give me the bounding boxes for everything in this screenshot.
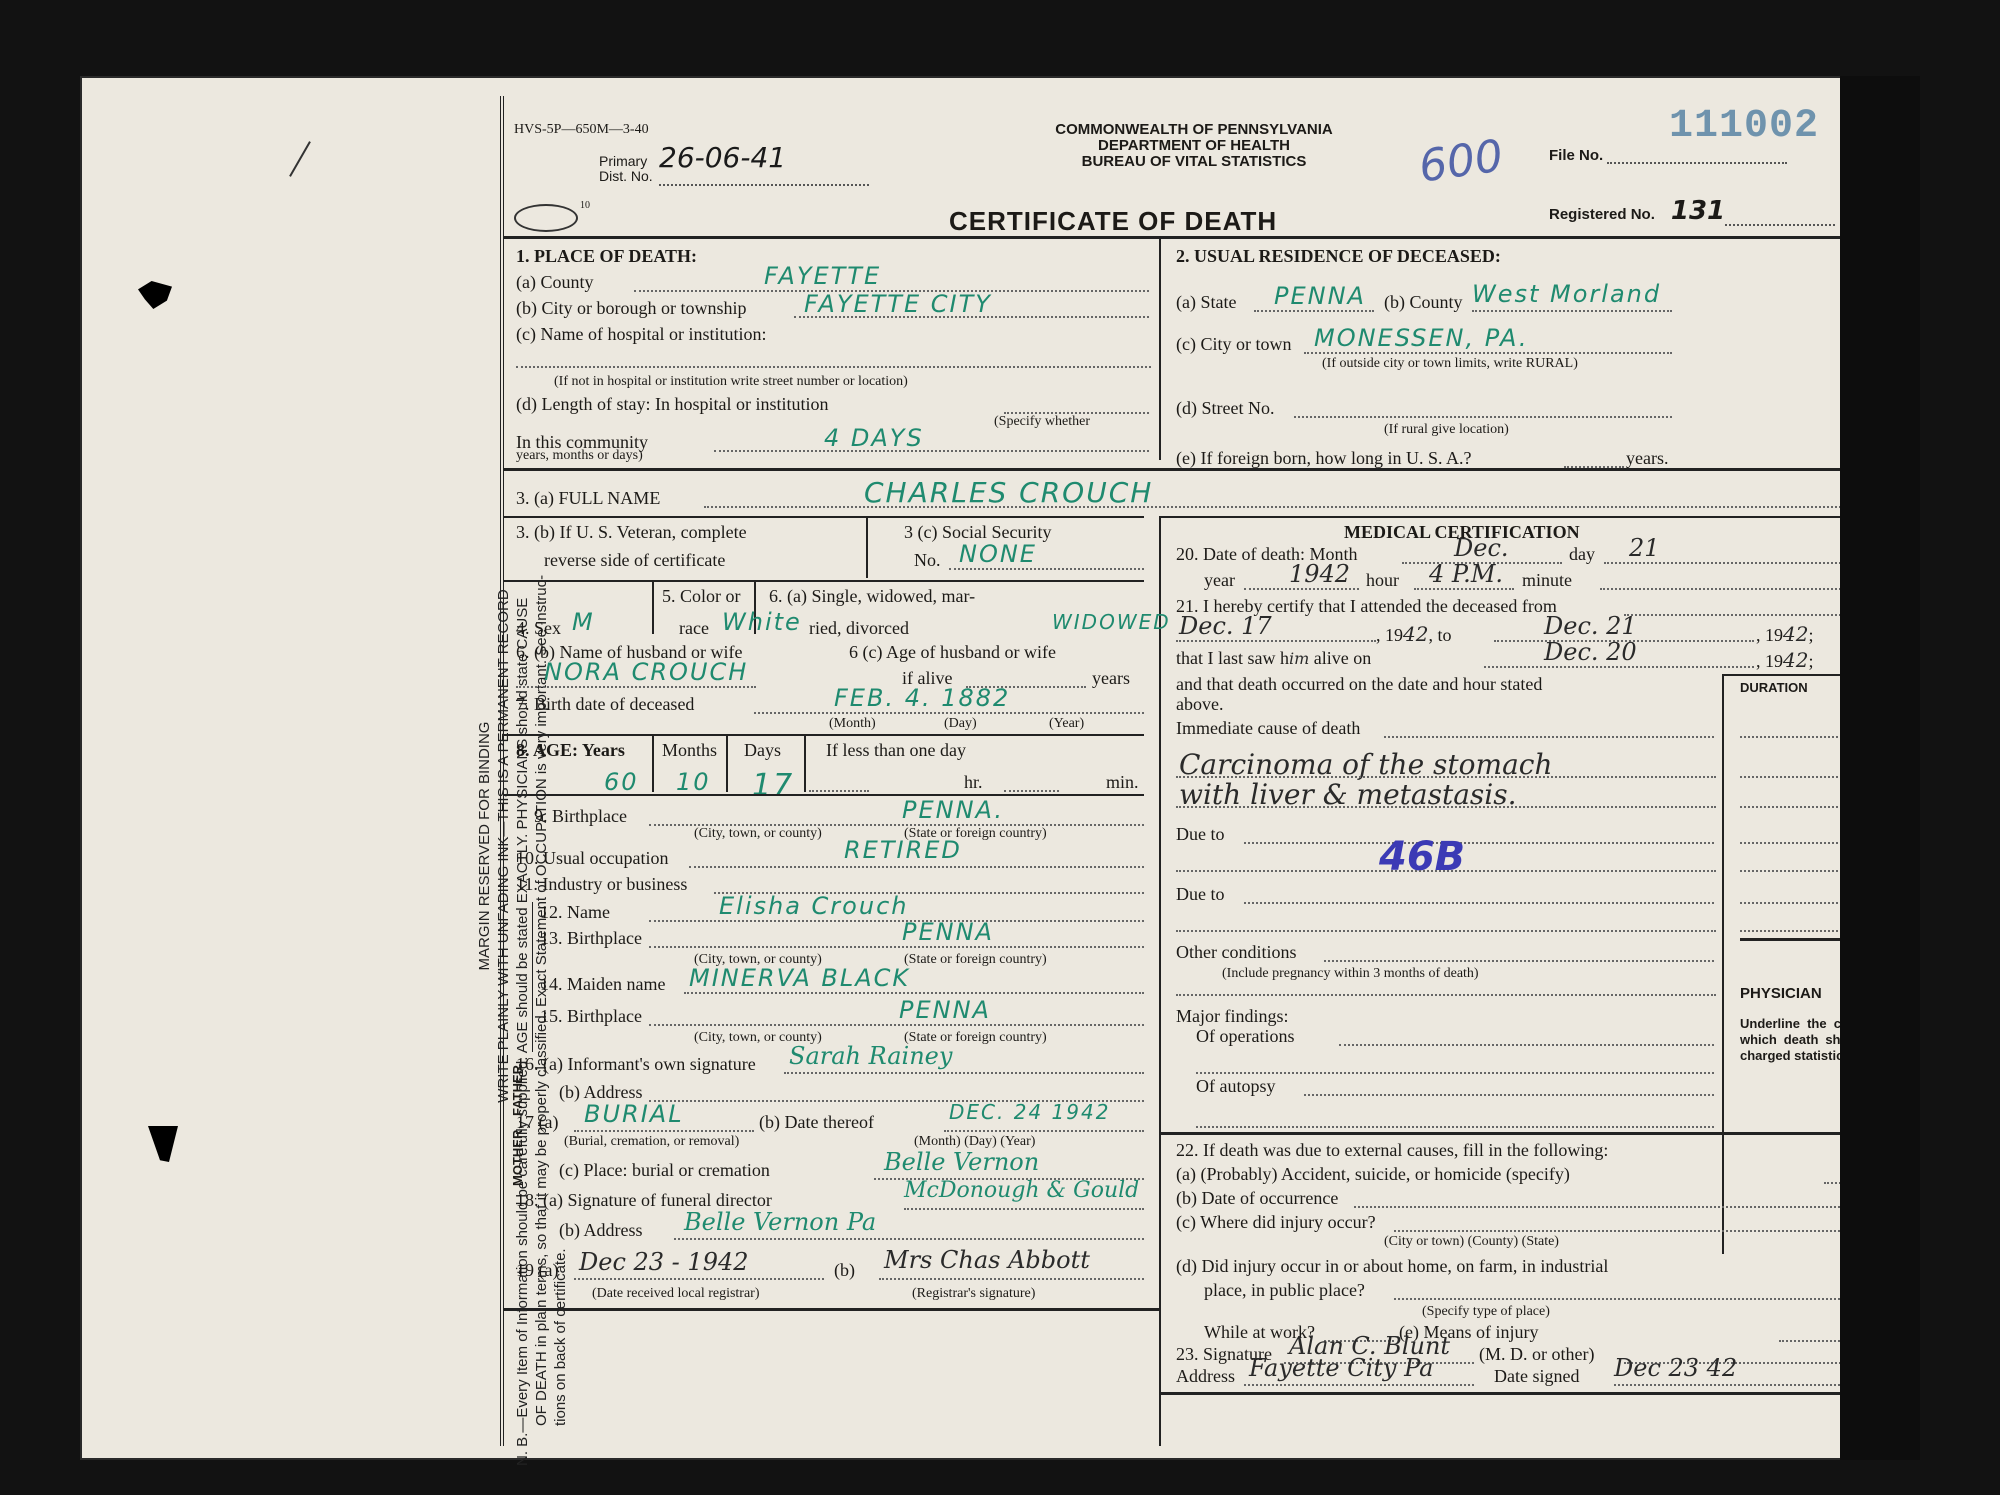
residence-heading: 2. USUAL RESIDENCE OF DECEASED: <box>1176 246 1501 267</box>
gov-line-2: DEPARTMENT OF HEALTH <box>944 138 1444 154</box>
certificate-title: CERTIFICATE OF DEATH <box>949 206 1277 237</box>
binding-margin: MARGIN RESERVED FOR BINDING WRITE PLAINL… <box>80 76 500 1460</box>
age-days-value: 17 <box>752 768 794 803</box>
registrar-note: (Registrar's signature) <box>912 1286 1035 1302</box>
occurred-label: and that death occurred on the date and … <box>1176 674 1542 695</box>
other-conditions-label: Other conditions <box>1176 942 1296 963</box>
due-to-label-1: Due to <box>1176 824 1225 845</box>
disposition-num: 17 (a) <box>516 1112 558 1133</box>
mother-birthplace-value: PENNA <box>899 996 991 1024</box>
registrar-signature: Mrs Chas Abbott <box>884 1246 1090 1274</box>
received-date-value: Dec 23 - 1942 <box>579 1248 749 1276</box>
issuing-authority: COMMONWEALTH OF PENNSYLVANIA DEPARTMENT … <box>944 122 1444 170</box>
occupation-value: RETIRED <box>844 836 962 864</box>
above-label: above. <box>1176 694 1223 715</box>
full-name-label-text: 3. (a) FULL NAME <box>516 488 660 508</box>
spouse-years-label: years <box>1092 668 1130 689</box>
marital-label-2: ried, divorced <box>809 618 909 639</box>
residence-city-value: MONESSEN, PA. <box>1314 324 1528 352</box>
gov-line-1: COMMONWEALTH OF PENNSYLVANIA <box>944 122 1444 138</box>
full-name-value: CHARLES CROUCH <box>864 476 1153 509</box>
father-name-value: Elisha Crouch <box>719 892 908 920</box>
age-months-value: 10 <box>676 768 711 796</box>
injury-place-note: (Specify type of place) <box>1422 1304 1550 1320</box>
death-hour-label: hour <box>1366 570 1399 591</box>
burial-date-label: (b) Date thereof <box>759 1112 874 1133</box>
funeral-address-value: Belle Vernon Pa <box>684 1208 876 1236</box>
min-label: min. <box>1106 772 1139 793</box>
external-heading: 22. If death was due to external causes,… <box>1176 1140 1608 1161</box>
union-label-seal-icon <box>514 204 578 232</box>
due-to-label-2: Due to <box>1176 884 1225 905</box>
ssn-label-2: No. <box>914 550 941 571</box>
funeral-director-signature: McDonough & Gould <box>904 1178 1139 1203</box>
reg-number: 131 <box>1671 196 1725 226</box>
disposition-value: BURIAL <box>584 1100 684 1128</box>
days-label: Days <box>744 740 781 761</box>
seal-number: 10 <box>580 200 590 211</box>
attended-to-value: Dec. 21 <box>1544 612 1637 640</box>
punch-hole-bottom <box>148 1126 178 1162</box>
alive-on-label: alive on <box>1314 648 1371 668</box>
last-saw-year-value: 42 <box>1783 648 1808 672</box>
injury-place-label-1: (d) Did injury occur in or about home, o… <box>1176 1256 1608 1277</box>
death-hour-value: 4 P.M. <box>1429 560 1503 588</box>
day-note: (Day) <box>944 716 977 732</box>
hospital-label: (c) Name of hospital or institution: <box>516 324 766 345</box>
veteran-label-2: reverse side of certificate <box>544 550 725 571</box>
community-value: 4 DAYS <box>824 424 924 452</box>
to-label: , to <box>1428 625 1451 645</box>
race-value: White <box>722 608 802 636</box>
file-label: File No. <box>1549 147 1603 164</box>
burial-place-value: Belle Vernon <box>884 1148 1039 1176</box>
registrar-b-label: (b) <box>834 1260 855 1281</box>
full-name-label: 3. (a) FULL NAME <box>516 488 660 509</box>
birth-date-label: 7. Birth date of deceased <box>516 694 694 715</box>
res-county-label: (b) County <box>1384 292 1463 313</box>
funeral-address-label: (b) Address <box>559 1220 643 1241</box>
mother-side-label: MOTHER <box>510 1130 525 1186</box>
res-city-label: (c) City or town <box>1176 334 1291 355</box>
place-of-death-heading: 1. PLACE OF DEATH: <box>516 246 697 267</box>
age-label-text: 8. AGE: Years <box>516 740 625 760</box>
primary-label: Primary <box>599 154 653 169</box>
last-saw-label-text: that I last saw h <box>1176 648 1289 668</box>
margin-line-1: MARGIN RESERVED FOR BINDING <box>475 226 494 1466</box>
pregnancy-note: (Include pregnancy within 3 months of de… <box>1222 966 1479 982</box>
age-years-value: 60 <box>604 768 639 796</box>
received-note: (Date received local registrar) <box>592 1286 760 1302</box>
mother-maiden-value: MINERVA BLACK <box>689 964 910 992</box>
marital-value: WIDOWED <box>1052 610 1171 634</box>
stay-label: (d) Length of stay: In hospital or insti… <box>516 394 828 415</box>
sex-label: 4. Sex <box>516 618 561 639</box>
to-year-value: 42 <box>1783 622 1808 646</box>
last-saw-label: that I last saw him alive on <box>1176 648 1371 669</box>
father-bp-state-note: (State or foreign country) <box>904 952 1047 968</box>
rural-note: (If outside city or town limits, write R… <box>1322 356 1578 372</box>
certificate-form: HVS-5P—650M—3-40 Primary Dist. No. 26-06… <box>500 96 1914 1446</box>
father-birthplace-label: 13. Birthplace <box>540 928 642 949</box>
death-month-value: Dec. <box>1454 534 1509 562</box>
death-day-value: 21 <box>1629 534 1660 562</box>
hospital-note: (If not in hospital or institution write… <box>554 374 908 390</box>
burial-date-value: DEC. 24 1942 <box>949 1100 1110 1124</box>
spouse-age-label: 6 (c) Age of husband or wife <box>849 642 1056 663</box>
registered-number-field: Registered No.131 <box>1549 196 1835 226</box>
physician-address-label: Address <box>1176 1366 1235 1387</box>
accident-label: (a) (Probably) Accident, suicide, or hom… <box>1176 1164 1570 1185</box>
date-signed-value: Dec 23 42 <box>1614 1354 1737 1382</box>
burial-place-label: (c) Place: burial or cremation <box>559 1160 770 1181</box>
duration-heading: DURATION <box>1740 680 1808 696</box>
foreign-label: (e) If foreign born, how long in U. S. A… <box>1176 448 1471 469</box>
physician-heading: PHYSICIAN <box>1740 986 1822 1002</box>
from-year-prefix: , 1942, to <box>1376 622 1451 646</box>
city-label: (b) City or borough or township <box>516 298 746 319</box>
reg-label: Registered No. <box>1549 206 1655 223</box>
spouse-value: NORA CROUCH <box>544 658 748 686</box>
dist-label: Dist. No. <box>599 169 653 184</box>
ssn-value: NONE <box>959 540 1037 568</box>
disposition-note: (Burial, cremation, or removal) <box>564 1134 739 1150</box>
death-year-value: 1942 <box>1289 560 1350 588</box>
specify-note: (Specify whether <box>994 414 1090 430</box>
months-label: Months <box>662 740 717 761</box>
form-code: HVS-5P—650M—3-40 <box>514 122 649 138</box>
years-label: years. <box>1626 448 1668 469</box>
date-signed-label: Date signed <box>1494 1366 1579 1387</box>
death-certificate-page: MARGIN RESERVED FOR BINDING WRITE PLAINL… <box>80 76 1920 1460</box>
last-saw-value: Dec. 20 <box>1544 638 1637 666</box>
color-label-1: 5. Color or <box>662 586 741 607</box>
county-label: (a) County <box>516 272 593 293</box>
occurrence-date-label: (b) Date of occurrence <box>1176 1188 1338 1209</box>
injury-place-label-2: place, in public place? <box>1204 1280 1365 1301</box>
community-note: years, months or days) <box>516 448 643 464</box>
classification-code: 46B <box>1379 834 1465 880</box>
year-note: (Year) <box>1049 716 1084 732</box>
from-year-value: 42 <box>1403 622 1428 646</box>
major-findings-label: Major findings: <box>1176 1006 1289 1027</box>
hr-label: hr. <box>964 772 983 793</box>
death-year-label: year <box>1204 570 1235 591</box>
birth-date-value: FEB. 4. 1882 <box>834 684 1010 712</box>
death-county-value: FAYETTE <box>764 262 881 290</box>
received-num: 19 (a) <box>516 1260 558 1281</box>
file-number-field: File No. <box>1549 144 1787 164</box>
informant-signature: Sarah Rainey <box>789 1042 952 1070</box>
death-city-value: FAYETTE CITY <box>804 290 992 318</box>
md-label: (M. D. or other) <box>1479 1344 1594 1365</box>
death-minute-label: minute <box>1522 570 1572 591</box>
physician-address-value: Fayette City Pa <box>1249 1354 1433 1382</box>
occupation-label: 10. Usual occupation <box>516 848 668 869</box>
veteran-label-1: 3. (b) If U. S. Veteran, complete <box>516 522 747 543</box>
sex-value: M <box>572 608 595 636</box>
to-year: , 1942; <box>1756 622 1813 646</box>
dist-number: 26-06-41 <box>659 150 786 165</box>
birthplace-city-note: (City, town, or county) <box>694 826 822 842</box>
punch-hole-top <box>138 281 172 309</box>
file-number-stamp: 111002 <box>1669 104 1819 149</box>
gov-line-3: BUREAU OF VITAL STATISTICS <box>944 154 1444 170</box>
less-than-day-label: If less than one day <box>826 740 966 761</box>
certificate-header: HVS-5P—650M—3-40 Primary Dist. No. 26-06… <box>504 96 1914 236</box>
industry-label: 11. Industry or business <box>516 874 687 895</box>
race-label: race <box>679 618 709 639</box>
birthplace-label: 9. Birthplace <box>534 806 627 827</box>
mother-birthplace-label: 15. Birthplace <box>540 1006 642 1027</box>
injury-where-label: (c) Where did injury occur? <box>1176 1212 1376 1233</box>
autopsy-label: Of autopsy <box>1196 1076 1276 1097</box>
pencil-mark <box>289 141 311 177</box>
birthplace-value: PENNA. <box>902 796 1004 824</box>
attended-from-value: Dec. 17 <box>1179 612 1272 640</box>
last-saw-year: , 1942; <box>1756 648 1813 672</box>
primary-district: Primary Dist. No. 26-06-41 <box>599 154 653 184</box>
mother-maiden-label: 14. Maiden name <box>540 974 665 995</box>
month-note: (Month) <box>829 716 876 732</box>
age-label: 8. AGE: Years <box>516 740 625 761</box>
death-day-label: day <box>1569 544 1595 565</box>
street-label: (d) Street No. <box>1176 398 1274 419</box>
last-saw-year-prefix: , 19 <box>1756 651 1783 671</box>
street-note: (If rural give location) <box>1384 422 1509 438</box>
father-birthplace-value: PENNA <box>902 918 994 946</box>
from-year-prefix-text: , 19 <box>1376 625 1403 645</box>
pronoun-value: im <box>1289 649 1309 668</box>
injury-where-note: (City or town) (County) (State) <box>1384 1234 1559 1250</box>
residence-county-value: West Morland <box>1472 280 1661 308</box>
father-name-label: 12. Name <box>540 902 610 923</box>
operations-label: Of operations <box>1196 1026 1294 1047</box>
scan-edge <box>1840 76 1920 1460</box>
residence-state-value: PENNA <box>1274 282 1366 310</box>
informant-label: 16. (a) Informant's own signature <box>516 1054 756 1075</box>
marital-label-1: 6. (a) Single, widowed, mar- <box>769 586 975 607</box>
to-year-prefix: , 19 <box>1756 625 1783 645</box>
state-label: (a) State <box>1176 292 1236 313</box>
immediate-cause-label: Immediate cause of death <box>1176 718 1360 739</box>
margin-note: 600 <box>1416 130 1506 192</box>
